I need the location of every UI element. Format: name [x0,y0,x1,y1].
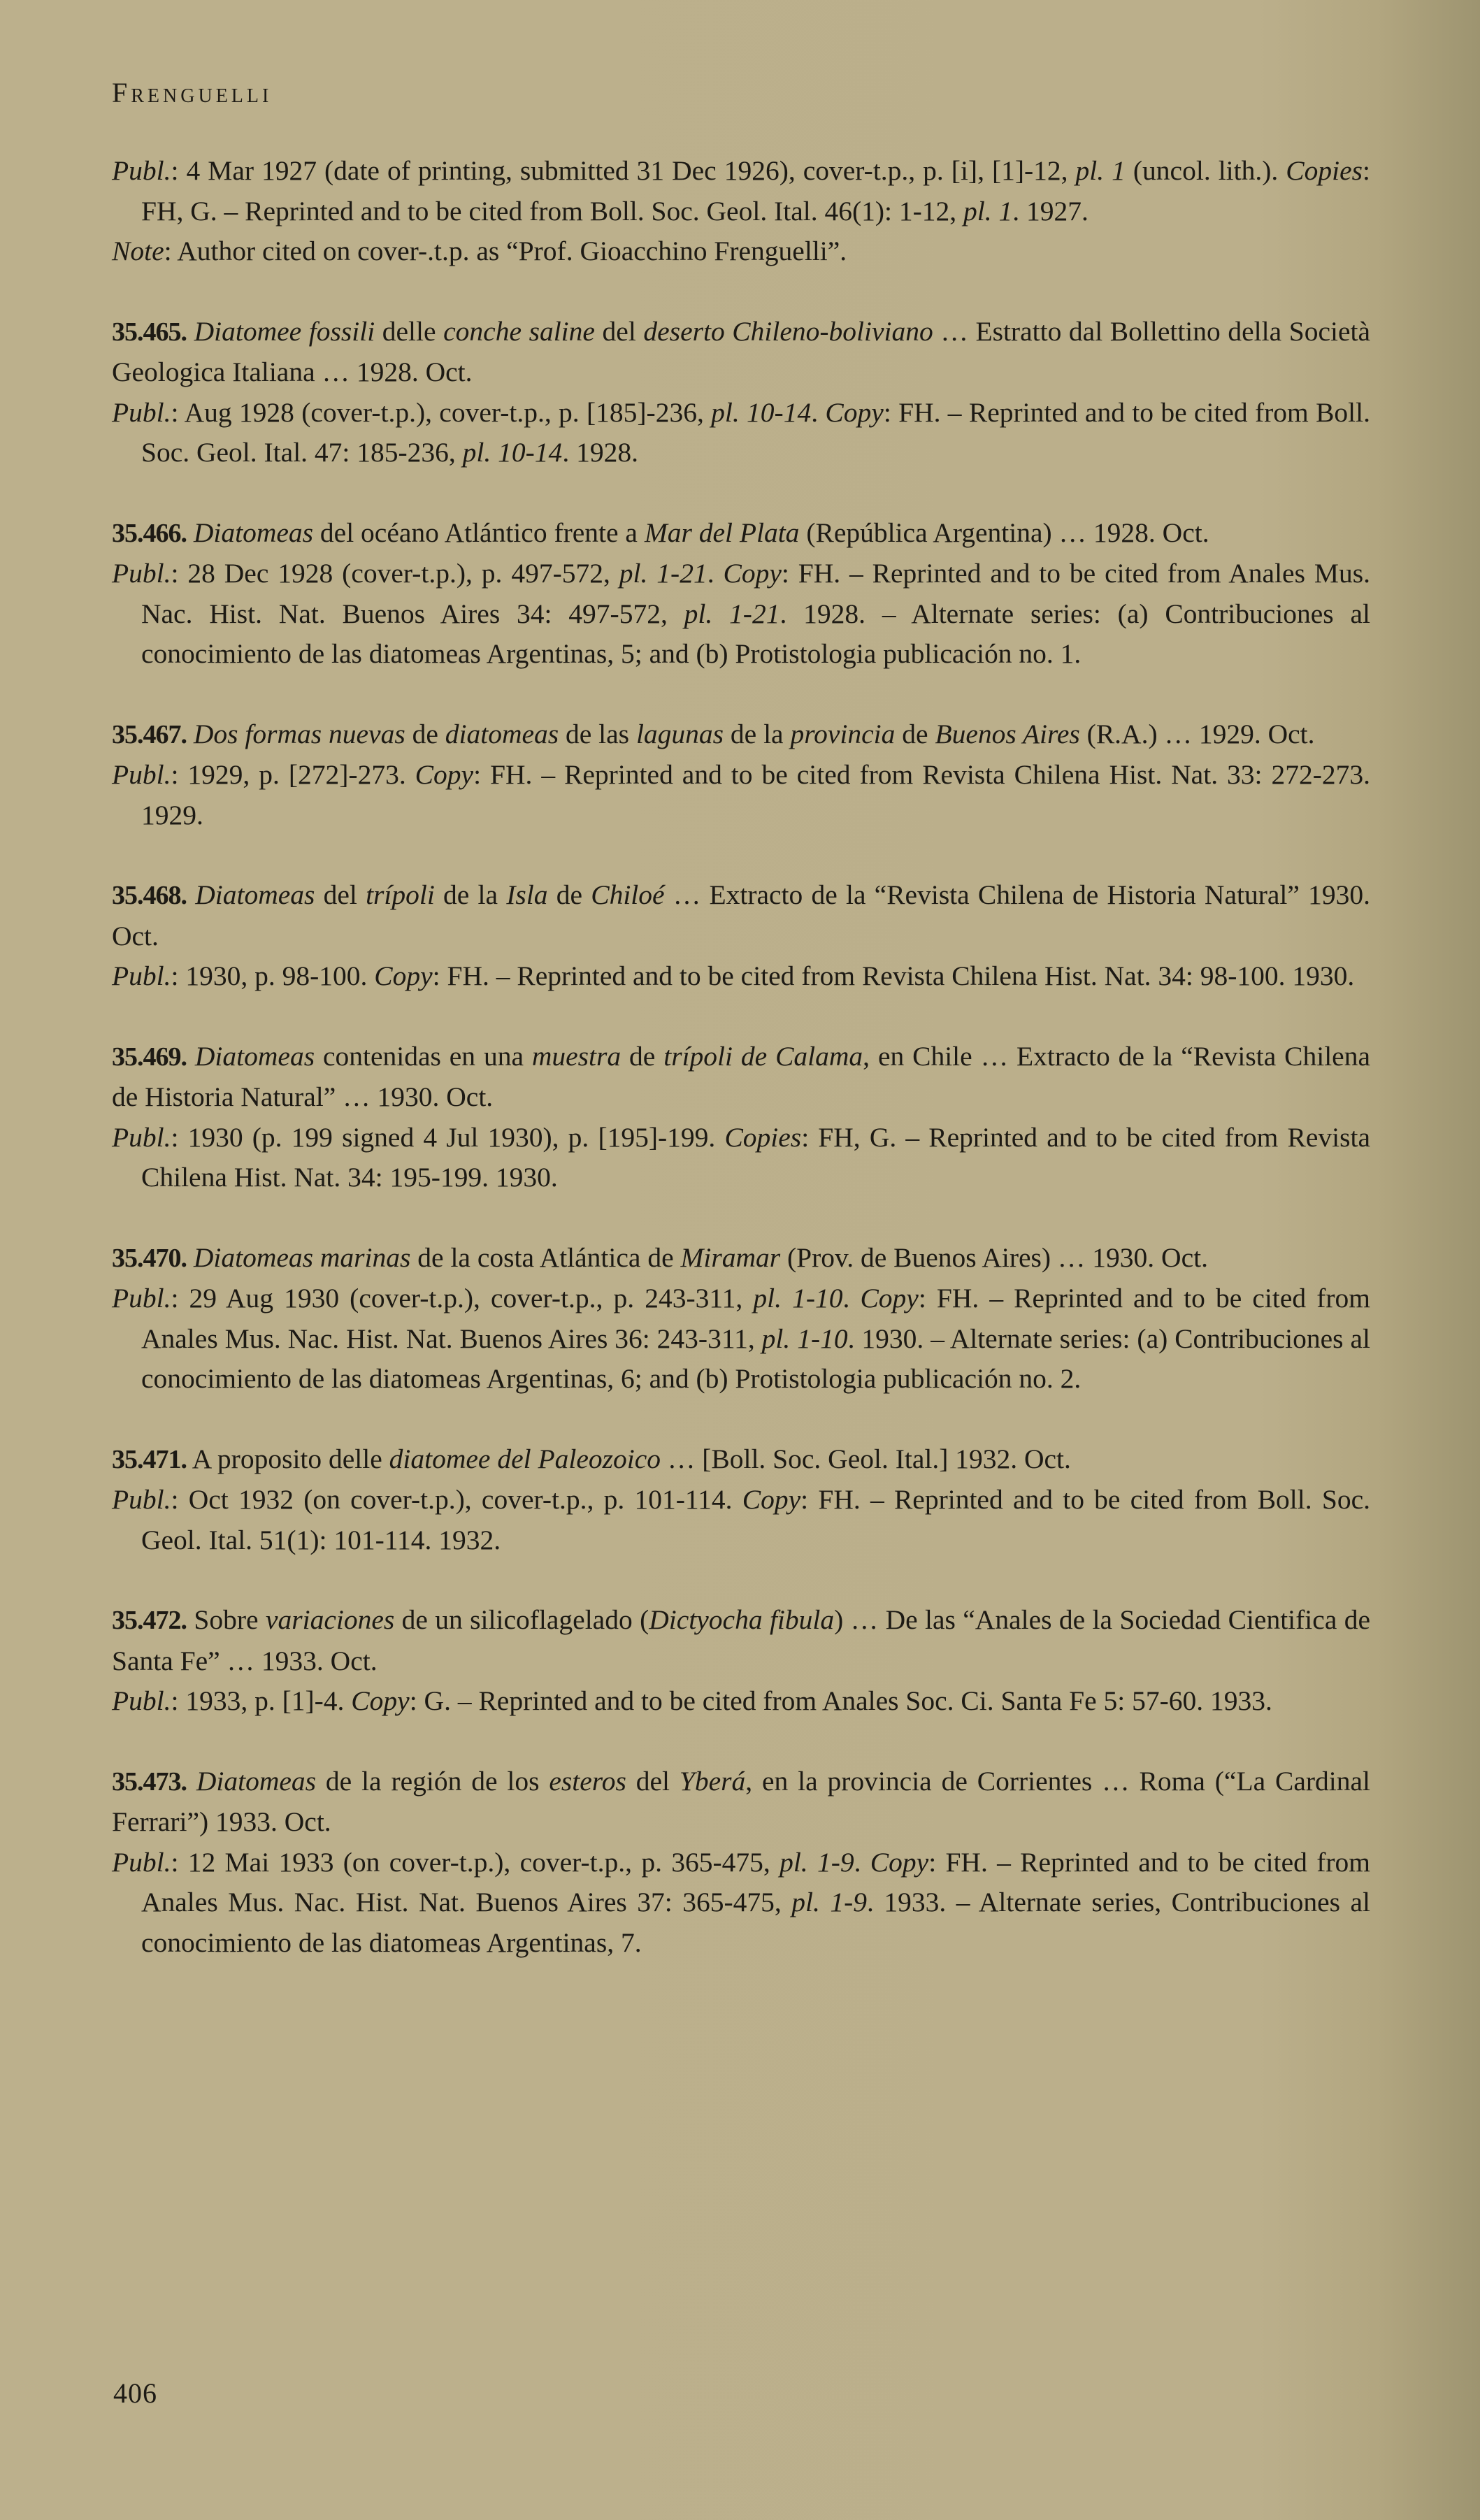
publication-details: Publ.: 1930, p. 98-100. Copy: FH. – Repr… [112,956,1370,997]
entry-title: 35.467. Dos formas nuevas de diatomeas d… [112,714,1370,756]
publication-details: Publ.: 28 Dec 1928 (cover-t.p.), p. 497-… [112,554,1370,675]
entry-number: 35.469. [112,1042,187,1072]
entry-title-text: Diatomee fossili delle conche saline del… [112,316,1370,388]
entry-number: 35.473. [112,1767,187,1797]
entry-number: 35.466. [112,519,187,548]
entry-note: Note: Author cited on cover-.t.p. as “Pr… [112,231,1370,272]
publication-details: Publ.: 1933, p. [1]-4. Copy: G. – Reprin… [112,1681,1370,1722]
bibliography-entry: 35.466. Diatomeas del océano Atlántico f… [112,513,1370,675]
entry-title-text: Sobre variaciones de un silicoflagelado … [112,1604,1370,1676]
publication-details: Publ.: Aug 1928 (cover-t.p.), cover-t.p.… [112,393,1370,473]
page-number: 406 [113,2377,157,2410]
entry-list: 35.465. Diatomee fossili delle conche sa… [112,312,1370,1964]
entry-number: 35.468. [112,881,187,910]
entry-number: 35.470. [112,1244,187,1273]
publication-details: Publ.: 4 Mar 1927 (date of printing, sub… [112,151,1370,231]
entry-title-text: Diatomeas marinas de la costa Atlántica … [194,1242,1208,1273]
entry-title: 35.468. Diatomeas del trípoli de la Isla… [112,875,1370,956]
bibliography-entry: 35.468. Diatomeas del trípoli de la Isla… [112,875,1370,997]
entry-title-text: Diatomeas del océano Atlántico frente a … [194,517,1209,548]
publication-details: Publ.: Oct 1932 (on cover-t.p.), cover-t… [112,1480,1370,1560]
entry-number: 35.471. [112,1445,187,1474]
entry-number: 35.472. [112,1606,187,1635]
entry-title: 35.471. A proposito delle diatomee del P… [112,1439,1370,1481]
entry-title-text: Diatomeas de la región de los esteros de… [112,1766,1370,1838]
entry-title: 35.472. Sobre variaciones de un silicofl… [112,1600,1370,1681]
entry-title: 35.465. Diatomee fossili delle conche sa… [112,312,1370,393]
bibliography-entry: 35.467. Dos formas nuevas de diatomeas d… [112,714,1370,836]
bibliography-entry: 35.472. Sobre variaciones de un silicofl… [112,1600,1370,1722]
continuation-entry: Publ.: 4 Mar 1927 (date of printing, sub… [112,151,1370,272]
entry-title: 35.466. Diatomeas del océano Atlántico f… [112,513,1370,554]
publication-details: Publ.: 29 Aug 1930 (cover-t.p.), cover-t… [112,1279,1370,1399]
running-head: Frenguelli [112,75,1370,110]
entry-number: 35.465. [112,317,187,347]
bibliography-entry: 35.465. Diatomee fossili delle conche sa… [112,312,1370,473]
entry-title: 35.469. Diatomeas contenidas en una mues… [112,1037,1370,1118]
entry-title: 35.473. Diatomeas de la región de los es… [112,1762,1370,1843]
entry-number: 35.467. [112,720,187,749]
publication-details: Publ.: 1930 (p. 199 signed 4 Jul 1930), … [112,1118,1370,1198]
bibliography-entry: 35.469. Diatomeas contenidas en una mues… [112,1037,1370,1198]
book-page: Frenguelli Publ.: 4 Mar 1927 (date of pr… [112,75,1370,2003]
bibliography-entry: 35.471. A proposito delle diatomee del P… [112,1439,1370,1561]
entry-title-text: A proposito delle diatomee del Paleozoic… [192,1443,1071,1474]
entry-title-text: Dos formas nuevas de diatomeas de las la… [194,719,1315,749]
publication-details: Publ.: 12 Mai 1933 (on cover-t.p.), cove… [112,1843,1370,1964]
entry-title-text: Diatomeas contenidas en una muestra de t… [112,1041,1370,1113]
bibliography-entry: 35.470. Diatomeas marinas de la costa At… [112,1238,1370,1399]
bibliography-entry: 35.473. Diatomeas de la región de los es… [112,1762,1370,1964]
publication-details: Publ.: 1929, p. [272]-273. Copy: FH. – R… [112,755,1370,835]
entry-title-text: Diatomeas del trípoli de la Isla de Chil… [112,879,1370,951]
entry-title: 35.470. Diatomeas marinas de la costa At… [112,1238,1370,1279]
